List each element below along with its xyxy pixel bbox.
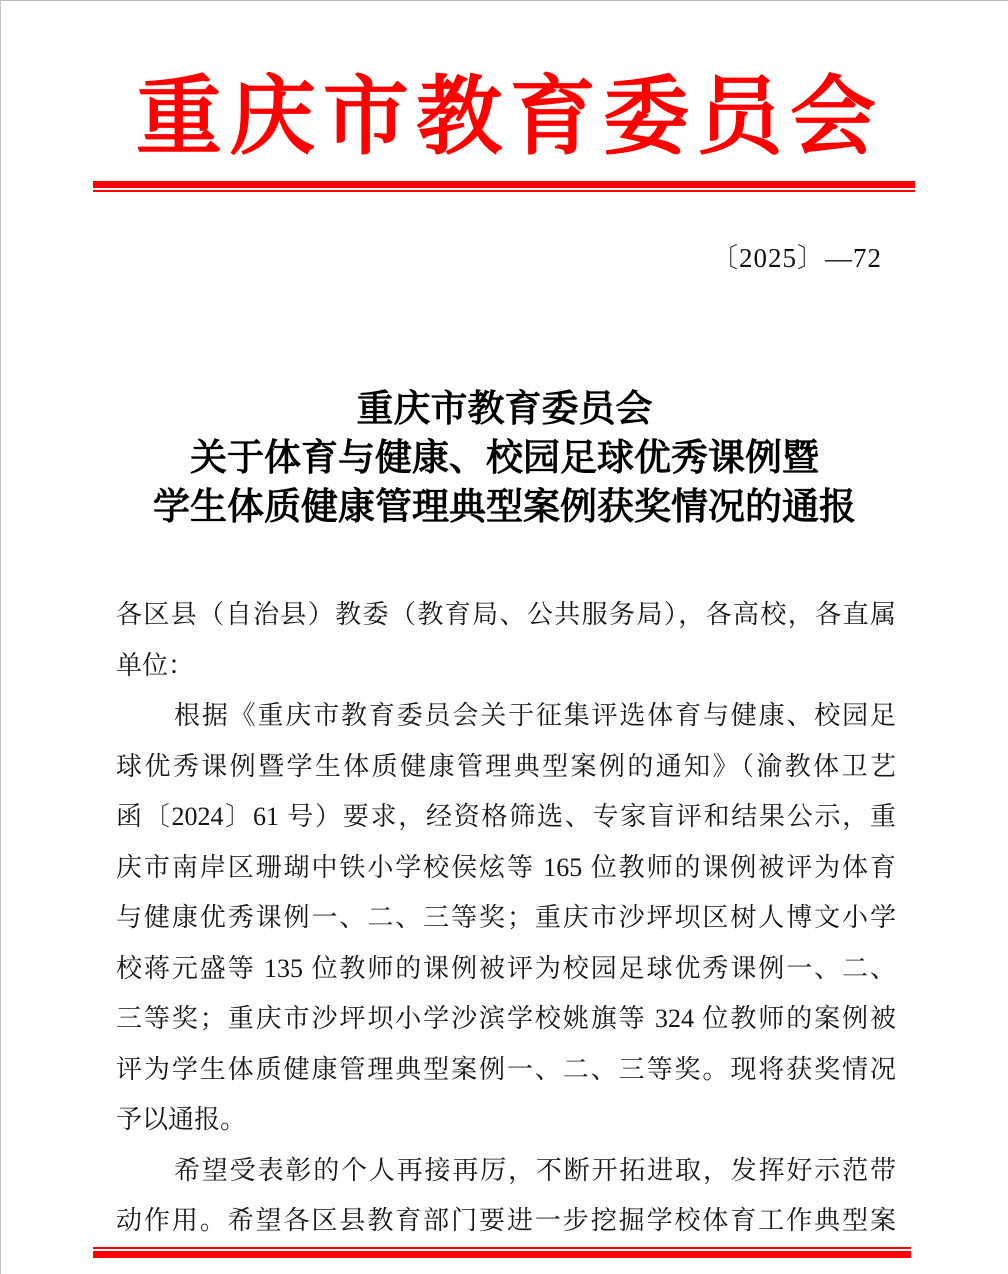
body-line: 予以通报。 [116, 1095, 896, 1146]
body-line: 单位： [116, 641, 896, 692]
body-line: 评为学生体质健康管理典型案例一、二、三等奖。现将获奖情况 [116, 1045, 896, 1096]
body-line: 动作用。希望各区县教育部门要进一步挖掘学校体育工作典型案 [116, 1196, 896, 1247]
masthead-rule-thin-bar [93, 190, 915, 192]
body-line: 球优秀课例暨学生体质健康管理典型案例的通知》（渝教体卫艺 [116, 742, 896, 793]
body-line: 校蒋元盛等 135 位教师的课例被评为校园足球优秀课例一、二、 [116, 944, 896, 995]
body-line: 各区县（自治县）教委（教育局、公共服务局），各高校，各直属 [116, 590, 896, 641]
agency-masthead-title: 重庆市教育委员会 [136, 67, 876, 167]
masthead-rule-thick-bar [93, 181, 915, 188]
body-line: 与健康优秀课例一、二、三等奖；重庆市沙坪坝区树人博文小学 [116, 893, 896, 944]
body-line: 庆市南岸区珊瑚中铁小学校侯炫等 165 位教师的课例被评为体育 [116, 843, 896, 894]
body-line: 三等奖；重庆市沙坪坝小学沙滨学校姚旗等 324 位教师的案例被 [116, 994, 896, 1045]
document-title: 重庆市教育委员会 关于体育与健康、校园足球优秀课例暨 学生体质健康管理典型案例获… [1, 385, 1008, 532]
body-line: 函〔2024〕61 号）要求，经资格筛选、专家盲评和结果公示，重 [116, 792, 896, 843]
document-title-line-2: 关于体育与健康、校园足球优秀课例暨 [1, 434, 1008, 483]
footer-rule-thick-bar [93, 1251, 911, 1258]
body-line: 根据《重庆市教育委员会关于征集评选体育与健康、校园足 [116, 691, 896, 742]
document-page: 重庆市教育委员会 〔2025〕—72 重庆市教育委员会 关于体育与健康、校园足球… [0, 0, 1008, 1274]
document-title-line-3: 学生体质健康管理典型案例获奖情况的通报 [1, 483, 1008, 532]
document-body: 各区县（自治县）教委（教育局、公共服务局），各高校，各直属 单位： 根据《重庆市… [116, 590, 896, 1247]
document-title-line-1: 重庆市教育委员会 [1, 385, 1008, 434]
masthead-divider-rule [93, 181, 915, 192]
body-line: 希望受表彰的个人再接再厉，不断开拓进取，发挥好示范带 [116, 1146, 896, 1197]
footer-rule-thin-bar [93, 1247, 911, 1249]
document-issue-number: 〔2025〕—72 [711, 241, 882, 275]
footer-divider-rule [93, 1247, 911, 1258]
